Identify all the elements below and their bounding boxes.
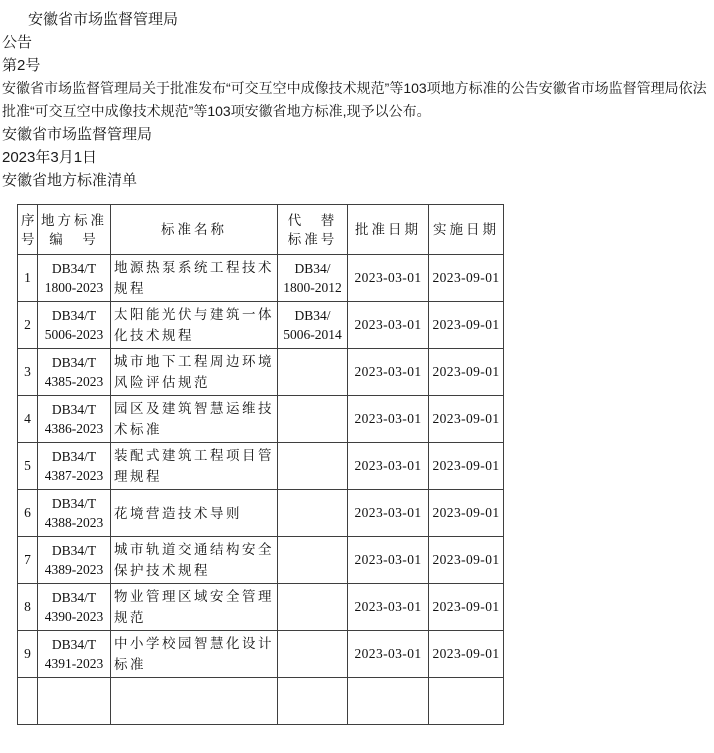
- cell-code: DB34/T 4391-2023: [38, 631, 111, 678]
- cell-index: 2: [18, 302, 38, 349]
- cell-approval: 2023-03-01: [348, 631, 429, 678]
- cell-replaced: [278, 396, 348, 443]
- cell-code: DB34/T 5006-2023: [38, 302, 111, 349]
- table-header-row: 序 号 地方标准 编 号 标准名称 代 替 标准号 批准日期 实施日期: [18, 205, 504, 255]
- table-body: 1DB34/T 1800-2023地源热泵系统工程技术规程DB34/ 1800-…: [18, 255, 504, 725]
- cell-name: 太阳能光伏与建筑一体化技术规程: [111, 302, 278, 349]
- cell-implementation: 2023-09-01: [429, 302, 504, 349]
- cell-index: 8: [18, 584, 38, 631]
- cell-code: DB34/T 4388-2023: [38, 490, 111, 537]
- cell-implementation: 2023-09-01: [429, 537, 504, 584]
- agency-title-line: 安徽省市场监督管理局: [2, 8, 714, 31]
- cell-approval: 2023-03-01: [348, 537, 429, 584]
- table-row: 5DB34/T 4387-2023装配式建筑工程项目管理规程2023-03-01…: [18, 443, 504, 490]
- cell-code: DB34/T 1800-2023: [38, 255, 111, 302]
- column-header-replaced: 代 替 标准号: [278, 205, 348, 255]
- cell-replaced: [278, 678, 348, 725]
- cell-name: 中小学校园智慧化设计标准: [111, 631, 278, 678]
- table-row: 8DB34/T 4390-2023物业管理区域安全管理规范2023-03-012…: [18, 584, 504, 631]
- table-row: 1DB34/T 1800-2023地源热泵系统工程技术规程DB34/ 1800-…: [18, 255, 504, 302]
- table-row: 6DB34/T 4388-2023花境营造技术导则2023-03-012023-…: [18, 490, 504, 537]
- cell-implementation: 2023-09-01: [429, 584, 504, 631]
- date-line: 2023年3月1日: [2, 146, 714, 169]
- cell-approval: 2023-03-01: [348, 490, 429, 537]
- cell-implementation: [429, 678, 504, 725]
- table-row: 9DB34/T 4391-2023中小学校园智慧化设计标准2023-03-012…: [18, 631, 504, 678]
- cell-approval: [348, 678, 429, 725]
- cell-code: DB34/T 4387-2023: [38, 443, 111, 490]
- cell-implementation: 2023-09-01: [429, 255, 504, 302]
- cell-index: 7: [18, 537, 38, 584]
- table-row: [18, 678, 504, 725]
- cell-name: 城市轨道交通结构安全保护技术规程: [111, 537, 278, 584]
- cell-replaced: [278, 584, 348, 631]
- cell-replaced: [278, 349, 348, 396]
- cell-replaced: DB34/ 1800-2012: [278, 255, 348, 302]
- cell-name: 地源热泵系统工程技术规程: [111, 255, 278, 302]
- column-header-index: 序 号: [18, 205, 38, 255]
- cell-approval: 2023-03-01: [348, 349, 429, 396]
- cell-name: 城市地下工程周边环境风险评估规范: [111, 349, 278, 396]
- cell-implementation: 2023-09-01: [429, 490, 504, 537]
- standards-table: 序 号 地方标准 编 号 标准名称 代 替 标准号 批准日期 实施日期 1DB3…: [17, 204, 504, 725]
- cell-replaced: DB34/ 5006-2014: [278, 302, 348, 349]
- column-header-name: 标准名称: [111, 205, 278, 255]
- cell-index: 6: [18, 490, 38, 537]
- cell-implementation: 2023-09-01: [429, 631, 504, 678]
- announcement-paragraph: 安徽省市场监督管理局关于批准发布“可交互空中成像技术规范”等103项地方标准的公…: [2, 77, 714, 123]
- cell-name: 园区及建筑智慧运维技术标准: [111, 396, 278, 443]
- cell-index: 5: [18, 443, 38, 490]
- document-header: 安徽省市场监督管理局 公告 第2号 安徽省市场监督管理局关于批准发布“可交互空中…: [0, 0, 714, 192]
- cell-index: 1: [18, 255, 38, 302]
- cell-code: DB34/T 4389-2023: [38, 537, 111, 584]
- cell-code: DB34/T 4385-2023: [38, 349, 111, 396]
- cell-code: DB34/T 4386-2023: [38, 396, 111, 443]
- cell-code: [38, 678, 111, 725]
- cell-implementation: 2023-09-01: [429, 349, 504, 396]
- cell-approval: 2023-03-01: [348, 443, 429, 490]
- notice-label: 公告: [2, 31, 714, 54]
- list-title: 安徽省地方标准清单: [2, 169, 714, 192]
- column-header-approval: 批准日期: [348, 205, 429, 255]
- cell-name: 装配式建筑工程项目管理规程: [111, 443, 278, 490]
- document-page: { "page": { "background": "#ffffff", "te…: [0, 0, 714, 753]
- cell-replaced: [278, 631, 348, 678]
- cell-index: 9: [18, 631, 38, 678]
- notice-number: 第2号: [2, 54, 714, 77]
- cell-approval: 2023-03-01: [348, 584, 429, 631]
- cell-replaced: [278, 490, 348, 537]
- cell-index: [18, 678, 38, 725]
- cell-approval: 2023-03-01: [348, 255, 429, 302]
- table-row: 4DB34/T 4386-2023园区及建筑智慧运维技术标准2023-03-01…: [18, 396, 504, 443]
- cell-name: [111, 678, 278, 725]
- table-row: 3DB34/T 4385-2023城市地下工程周边环境风险评估规范2023-03…: [18, 349, 504, 396]
- table-row: 7DB34/T 4389-2023城市轨道交通结构安全保护技术规程2023-03…: [18, 537, 504, 584]
- cell-approval: 2023-03-01: [348, 302, 429, 349]
- column-header-implementation: 实施日期: [429, 205, 504, 255]
- cell-name: 花境营造技术导则: [111, 490, 278, 537]
- signer-line: 安徽省市场监督管理局: [2, 123, 714, 146]
- cell-implementation: 2023-09-01: [429, 443, 504, 490]
- cell-index: 3: [18, 349, 38, 396]
- cell-approval: 2023-03-01: [348, 396, 429, 443]
- cell-replaced: [278, 443, 348, 490]
- cell-implementation: 2023-09-01: [429, 396, 504, 443]
- cell-index: 4: [18, 396, 38, 443]
- column-header-code: 地方标准 编 号: [38, 205, 111, 255]
- table-row: 2DB34/T 5006-2023太阳能光伏与建筑一体化技术规程DB34/ 50…: [18, 302, 504, 349]
- cell-name: 物业管理区域安全管理规范: [111, 584, 278, 631]
- cell-replaced: [278, 537, 348, 584]
- cell-code: DB34/T 4390-2023: [38, 584, 111, 631]
